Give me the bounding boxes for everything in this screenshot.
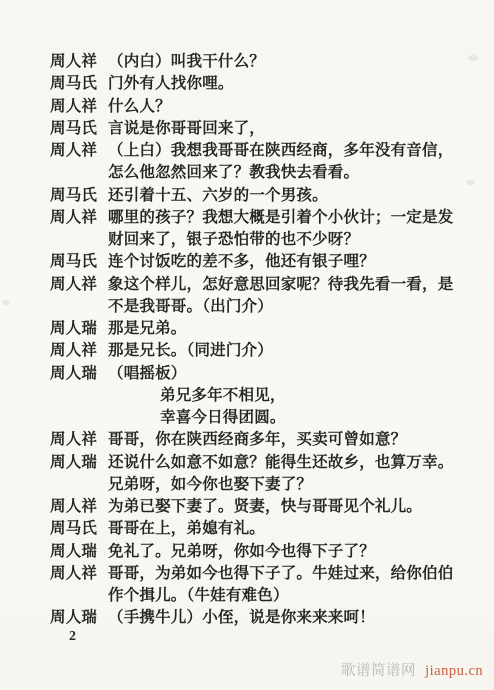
speaker-name [50,385,108,407]
script-line: 周人瑞（手携牛儿）小侄，说是你来来来呵！ [50,607,474,629]
script-line: 财回来了，银子恐怕带的也不少呀？ [50,229,474,251]
script-line: 周人瑞还说什么如意不如意？能得生还故乡，也算万幸。 [50,452,474,474]
script-line: 周马氏连个讨饭吃的差不多，他还有银子哩？ [50,251,474,273]
script-line: 周人祥什么人？ [50,96,474,118]
line-text: 门外有人找你哩。 [108,73,234,95]
speaker-name [50,474,108,496]
line-text: 幸喜今日得团圆。 [160,407,286,429]
line-text: 哥哥，你在陕西经商多年，买卖可曾如意？ [108,429,406,451]
scan-smudge [2,300,10,305]
script-line: 弟兄多年不相见， [50,385,474,407]
script-line: 周人祥象这个样儿，怎好意思回家呢？待我先看一看，是 [50,274,474,296]
speaker-name: 周马氏 [50,518,108,540]
line-text: 那是兄长。（同进门介） [108,340,273,362]
script-line: 周马氏还引着十五、六岁的一个男孩。 [50,185,474,207]
script-line: 周人瑞那是兄弟。 [50,318,474,340]
line-text: （唱摇板） [108,363,187,385]
line-text: 作个揖儿。（牛娃有难色） [108,585,289,607]
speaker-name: 周人祥 [50,274,108,296]
script-line: 幸喜今日得团圆。 [50,407,474,429]
speaker-name: 周马氏 [50,118,108,140]
line-text: （手携牛儿）小侄，说是你来来来呵！ [108,607,375,629]
script-line: 不是我哥哥。（出门介） [50,296,474,318]
speaker-name: 周人祥 [50,496,108,518]
speaker-name: 周人祥 [50,429,108,451]
speaker-name: 周人瑞 [50,318,108,340]
script-line: 周人祥哪里的孩子？我想大概是引着个小伙计；一定是发 [50,207,474,229]
watermark-site-url: jianpu.cn [425,663,483,679]
line-text: 哥哥，为弟如今也得下子了。牛娃过来，给你伯伯 [108,563,453,585]
scanned-script-page: 周人祥（内白）叫我干什么？周马氏门外有人找你哩。周人祥什么人？周马氏言说是你哥哥… [0,0,494,690]
script-line: 周人祥（内白）叫我干什么？ [50,51,474,73]
line-text: 连个讨饭吃的差不多，他还有银子哩？ [108,251,375,273]
speaker-name: 周人瑞 [50,607,108,629]
speaker-name [50,162,108,184]
speaker-name: 周马氏 [50,73,108,95]
line-text: 那是兄弟。 [108,318,187,340]
line-text: 不是我哥哥。（出门介） [108,296,273,318]
script-line: 周马氏哥哥在上，弟媳有礼。 [50,518,474,540]
speaker-name: 周人祥 [50,51,108,73]
watermark-site-name: 歌谱简谱网 [341,663,416,679]
line-text: 弟兄多年不相见， [160,385,286,407]
speaker-name: 周马氏 [50,185,108,207]
line-text: 哪里的孩子？我想大概是引着个小伙计；一定是发 [108,207,453,229]
line-text: 言说是你哥哥回来了， [108,118,265,140]
script-line: 周马氏言说是你哥哥回来了， [50,118,474,140]
script-line: 周人祥哥哥，为弟如今也得下子了。牛娃过来，给你伯伯 [50,563,474,585]
speaker-name [50,229,108,251]
script-line: 周人瑞免礼了。兄弟呀，你如今也得下子了？ [50,541,474,563]
script-line: 兄弟呀，如今你也娶下妻了？ [50,474,474,496]
speaker-name [50,296,108,318]
line-text: 免礼了。兄弟呀，你如今也得下子了？ [108,541,375,563]
line-text: 哥哥在上，弟媳有礼。 [108,518,265,540]
script-line: 周马氏门外有人找你哩。 [50,73,474,95]
speaker-name: 周人祥 [50,96,108,118]
script-lines: 周人祥（内白）叫我干什么？周马氏门外有人找你哩。周人祥什么人？周马氏言说是你哥哥… [50,51,474,630]
script-line: 周人祥那是兄长。（同进门介） [50,340,474,362]
speaker-name: 周人瑞 [50,363,108,385]
line-text: 象这个样儿，怎好意思回家呢？待我先看一看，是 [108,274,453,296]
speaker-name: 周人祥 [50,207,108,229]
script-line: 周人祥（上白）我想我哥哥在陕西经商，多年没有音信， [50,140,474,162]
watermark: 歌谱简谱网 jianpu.cn [341,659,483,680]
line-text: 怎么他忽然回来了？教我快去看看。 [108,162,359,184]
page-number: 2 [69,629,76,645]
line-text: 什么人？ [108,96,171,118]
speaker-name: 周马氏 [50,251,108,273]
scan-smudge [466,180,475,185]
speaker-name: 周人祥 [50,340,108,362]
scan-smudge [468,55,478,61]
line-text: 还引着十五、六岁的一个男孩。 [108,185,328,207]
script-line: 周人祥为弟已娶下妻了。贤妻，快与哥哥见个礼儿。 [50,496,474,518]
speaker-name [50,585,108,607]
line-text: 还说什么如意不如意？能得生还故乡，也算万幸。 [108,452,453,474]
line-text: 为弟已娶下妻了。贤妻，快与哥哥见个礼儿。 [108,496,422,518]
speaker-name: 周人祥 [50,140,108,162]
speaker-name [50,407,108,429]
line-text: （内白）叫我干什么？ [108,51,265,73]
speaker-name: 周人瑞 [50,541,108,563]
line-text: 兄弟呀，如今你也娶下妻了？ [108,474,312,496]
line-text: （上白）我想我哥哥在陕西经商，多年没有音信， [108,140,453,162]
line-text: 财回来了，银子恐怕带的也不少呀？ [108,229,359,251]
script-line: 周人祥哥哥，你在陕西经商多年，买卖可曾如意？ [50,429,474,451]
speaker-name: 周人祥 [50,563,108,585]
script-line: 作个揖儿。（牛娃有难色） [50,585,474,607]
script-line: 周人瑞（唱摇板） [50,363,474,385]
speaker-name: 周人瑞 [50,452,108,474]
script-line: 怎么他忽然回来了？教我快去看看。 [50,162,474,184]
